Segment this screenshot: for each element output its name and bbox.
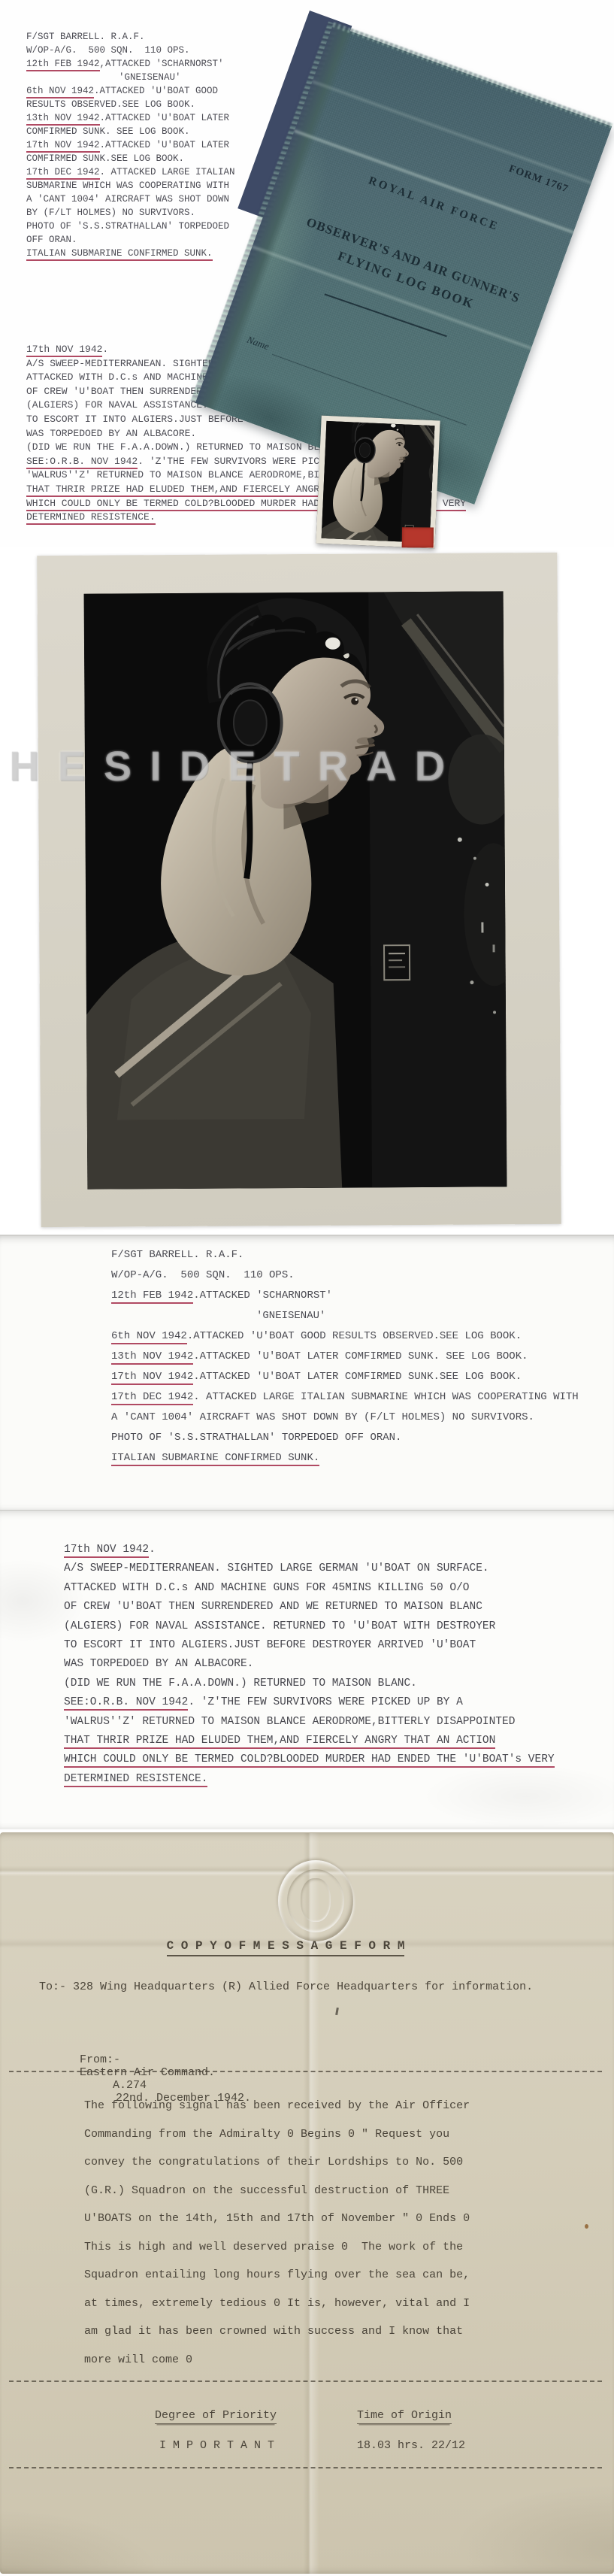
origin-value: 18.03 hrs. 22/12 [357, 2439, 465, 2452]
from-label: From:- [80, 2053, 120, 2066]
typed-line: RESULTS OBSERVED.SEE LOG BOOK. [26, 98, 235, 111]
ink-mark [335, 2008, 339, 2015]
form-reference: A.274 [113, 2079, 147, 2092]
typed-line: 17th NOV 1942.ATTACKED 'U'BOAT LATER COM… [111, 1367, 579, 1387]
typed-line: BY (F/LT HOLMES) NO SURVIVORS. [26, 206, 235, 220]
copy-of-message-form: C O P Y O F M E S S A G E F O R M To:- 3… [0, 1832, 614, 2574]
royal-crest-emblem [278, 1860, 353, 1941]
typed-line: COMFIRMED SUNK. SEE LOG BOOK. [26, 125, 235, 138]
auction-photo-collage: F/SGT BARRELL. R.A.F. W/OP-A/G. 500 SQN.… [0, 0, 614, 2576]
airman-portrait-image [84, 591, 507, 1189]
typed-line: (ALGIERS) FOR NAVAL ASSISTANCE. RETURNED… [64, 1617, 555, 1636]
typed-line: 12th FEB 1942,ATTACKED 'SCHARNORST' [26, 57, 235, 71]
typed-line: Squadron entailing long hours flying ove… [84, 2261, 470, 2290]
typed-line: ATTACKED WITH D.C.s AND MACHINE GUNS FOR… [64, 1579, 555, 1598]
typed-summary-sheet: F/SGT BARRELL. R.A.F. W/OP-A/G. 500 SQN.… [0, 1235, 614, 1511]
form-to-line: To:- 328 Wing Headquarters (R) Allied Fo… [39, 1980, 533, 1993]
logbook-name-row: Name [245, 334, 470, 426]
typed-line: 6th NOV 1942.ATTACKED 'U'BOAT GOOD RESUL… [111, 1326, 579, 1347]
typed-line: W/OP-A/G. 500 SQN. 110 OPS. [111, 1265, 579, 1286]
airman-portrait-photo [37, 553, 561, 1227]
form-title: C O P Y O F M E S S A G E F O R M [0, 1939, 571, 1953]
typed-line: THAT THRIR PRIZE HAD ELUDED THEM,AND FIE… [64, 1732, 555, 1750]
typed-line: 'GNEISENAU' [111, 1306, 579, 1326]
logbook-form-number: FORM 1767 [507, 163, 570, 196]
typed-line: 17th DEC 1942. ATTACKED LARGE ITALIAN [26, 165, 235, 179]
from-value: Eastern Air Command. [80, 2066, 215, 2079]
large-portrait-photo-section: HESIDETRAD [0, 552, 614, 1230]
typed-line: SUBMARINE WHICH WAS COOPERATING WITH [26, 179, 235, 192]
typed-line: The following signal has been received b… [84, 2092, 470, 2120]
typed-line: Commanding from the Admiralty 0 Begins 0… [84, 2120, 470, 2149]
typed-line: more will come 0 [84, 2346, 470, 2374]
typed-line: F/SGT BARRELL. R.A.F. [111, 1245, 579, 1265]
typed-summary-note: F/SGT BARRELL. R.A.F. W/OP-A/G. 500 SQN.… [26, 30, 235, 260]
dashed-divider [9, 2381, 602, 2382]
typed-line: 13th NOV 1942.ATTACKED 'U'BOAT LATER [26, 111, 235, 125]
typed-line: 13th NOV 1942.ATTACKED 'U'BOAT LATER COM… [111, 1347, 579, 1367]
typed-line: COMFIRMED SUNK.SEE LOG BOOK. [26, 152, 235, 165]
typed-line: at times, extremely tedious 0 It is, how… [84, 2290, 470, 2318]
typed-line: OF CREW 'U'BOAT THEN SURRENDERED AND WE … [64, 1598, 555, 1617]
watermark-text: HESIDETRAD [9, 741, 614, 790]
typed-line: ITALIAN SUBMARINE CONFIRMED SUNK. [111, 1448, 579, 1468]
typed-line: ITALIAN SUBMARINE CONFIRMED SUNK. [26, 247, 235, 260]
dashed-divider [9, 2467, 602, 2468]
typed-line: A/S SWEEP-MEDITERRANEAN. SIGHTED LARGE G… [64, 1559, 555, 1578]
small-airman-photo [316, 416, 440, 549]
foxing-spot [585, 2224, 588, 2229]
composite-photo-logbook-and-notes: F/SGT BARRELL. R.A.F. W/OP-A/G. 500 SQN.… [0, 0, 614, 547]
typed-line: SEE:O.R.B. NOV 1942. 'Z'THE FEW SURVIVOR… [64, 1693, 555, 1712]
form-body: The following signal has been received b… [84, 2092, 470, 2374]
typed-line: A 'CANT 1004' AIRCRAFT WAS SHOT DOWN [26, 192, 235, 206]
typed-line: WAS TORPEDOED BY AN ALBACORE. [64, 1655, 555, 1674]
typed-line: PHOTO OF 'S.S.STRATHALLAN' TORPEDOED [26, 220, 235, 233]
typed-line: WHICH COULD ONLY BE TERMED COLD?BLOODED … [64, 1750, 555, 1769]
typed-line: 12th FEB 1942.ATTACKED 'SCHARNORST' [111, 1286, 579, 1306]
typed-line: (DID WE RUN THE F.A.A.DOWN.) RETURNED TO… [64, 1674, 555, 1693]
origin-label: Time of Origin [357, 2409, 452, 2424]
red-label [402, 527, 434, 547]
typed-line: 17th DEC 1942. ATTACKED LARGE ITALIAN SU… [111, 1387, 579, 1408]
airman-portrait-image [322, 421, 435, 543]
logbook-title-line2: FLYING LOG BOOK [278, 228, 534, 333]
typed-line: DETERMINED RESISTENCE. [64, 1770, 555, 1789]
typed-line: am glad it has been crowned with success… [84, 2317, 470, 2346]
form-title-text: C O P Y O F M E S S A G E F O R M [167, 1939, 405, 1956]
priority-value: I M P O R T A N T [159, 2439, 274, 2452]
logbook-rule [324, 293, 446, 337]
typed-summary-text: F/SGT BARRELL. R.A.F. W/OP-A/G. 500 SQN.… [111, 1245, 579, 1468]
typed-line: U'BOATS on the 14th, 15th and 17th of No… [84, 2205, 470, 2233]
photo-image-area [84, 591, 507, 1189]
typed-line: W/OP-A/G. 500 SQN. 110 OPS. [26, 44, 235, 57]
typed-line: 17th NOV 1942.ATTACKED 'U'BOAT LATER [26, 138, 235, 152]
typed-line: PHOTO OF 'S.S.STRATHALLAN' TORPEDOED OFF… [111, 1428, 579, 1448]
logbook-name-label: Name [245, 334, 271, 353]
typed-line: A 'CANT 1004' AIRCRAFT WAS SHOT DOWN BY … [111, 1408, 579, 1428]
typed-line: 'GNEISENAU' [26, 71, 235, 84]
dashed-divider [9, 2071, 602, 2072]
typed-line: 6th NOV 1942.ATTACKED 'U'BOAT GOOD [26, 84, 235, 98]
typed-line: This is high and well deserved praise 0 … [84, 2233, 470, 2262]
typed-line: convey the congratulations of their Lord… [84, 2148, 470, 2177]
priority-label: Degree of Priority [155, 2409, 277, 2424]
typed-line: F/SGT BARRELL. R.A.F. [26, 30, 235, 44]
typed-line: TO ESCORT IT INTO ALGIERS.JUST BEFORE DE… [64, 1636, 555, 1655]
typed-line: (G.R.) Squadron on the successful destru… [84, 2177, 470, 2205]
typed-line: 17th NOV 1942. [64, 1541, 555, 1559]
typed-action-report-text: 17th NOV 1942. A/S SWEEP-MEDITERRANEAN. … [64, 1541, 555, 1789]
typed-action-report-sheet: 17th NOV 1942. A/S SWEEP-MEDITERRANEAN. … [0, 1510, 614, 1829]
typed-line: OFF ORAN. [26, 233, 235, 247]
logbook-name-line [272, 344, 470, 426]
typed-line: 'WALRUS''Z' RETURNED TO MAISON BLANCE AE… [64, 1713, 555, 1732]
